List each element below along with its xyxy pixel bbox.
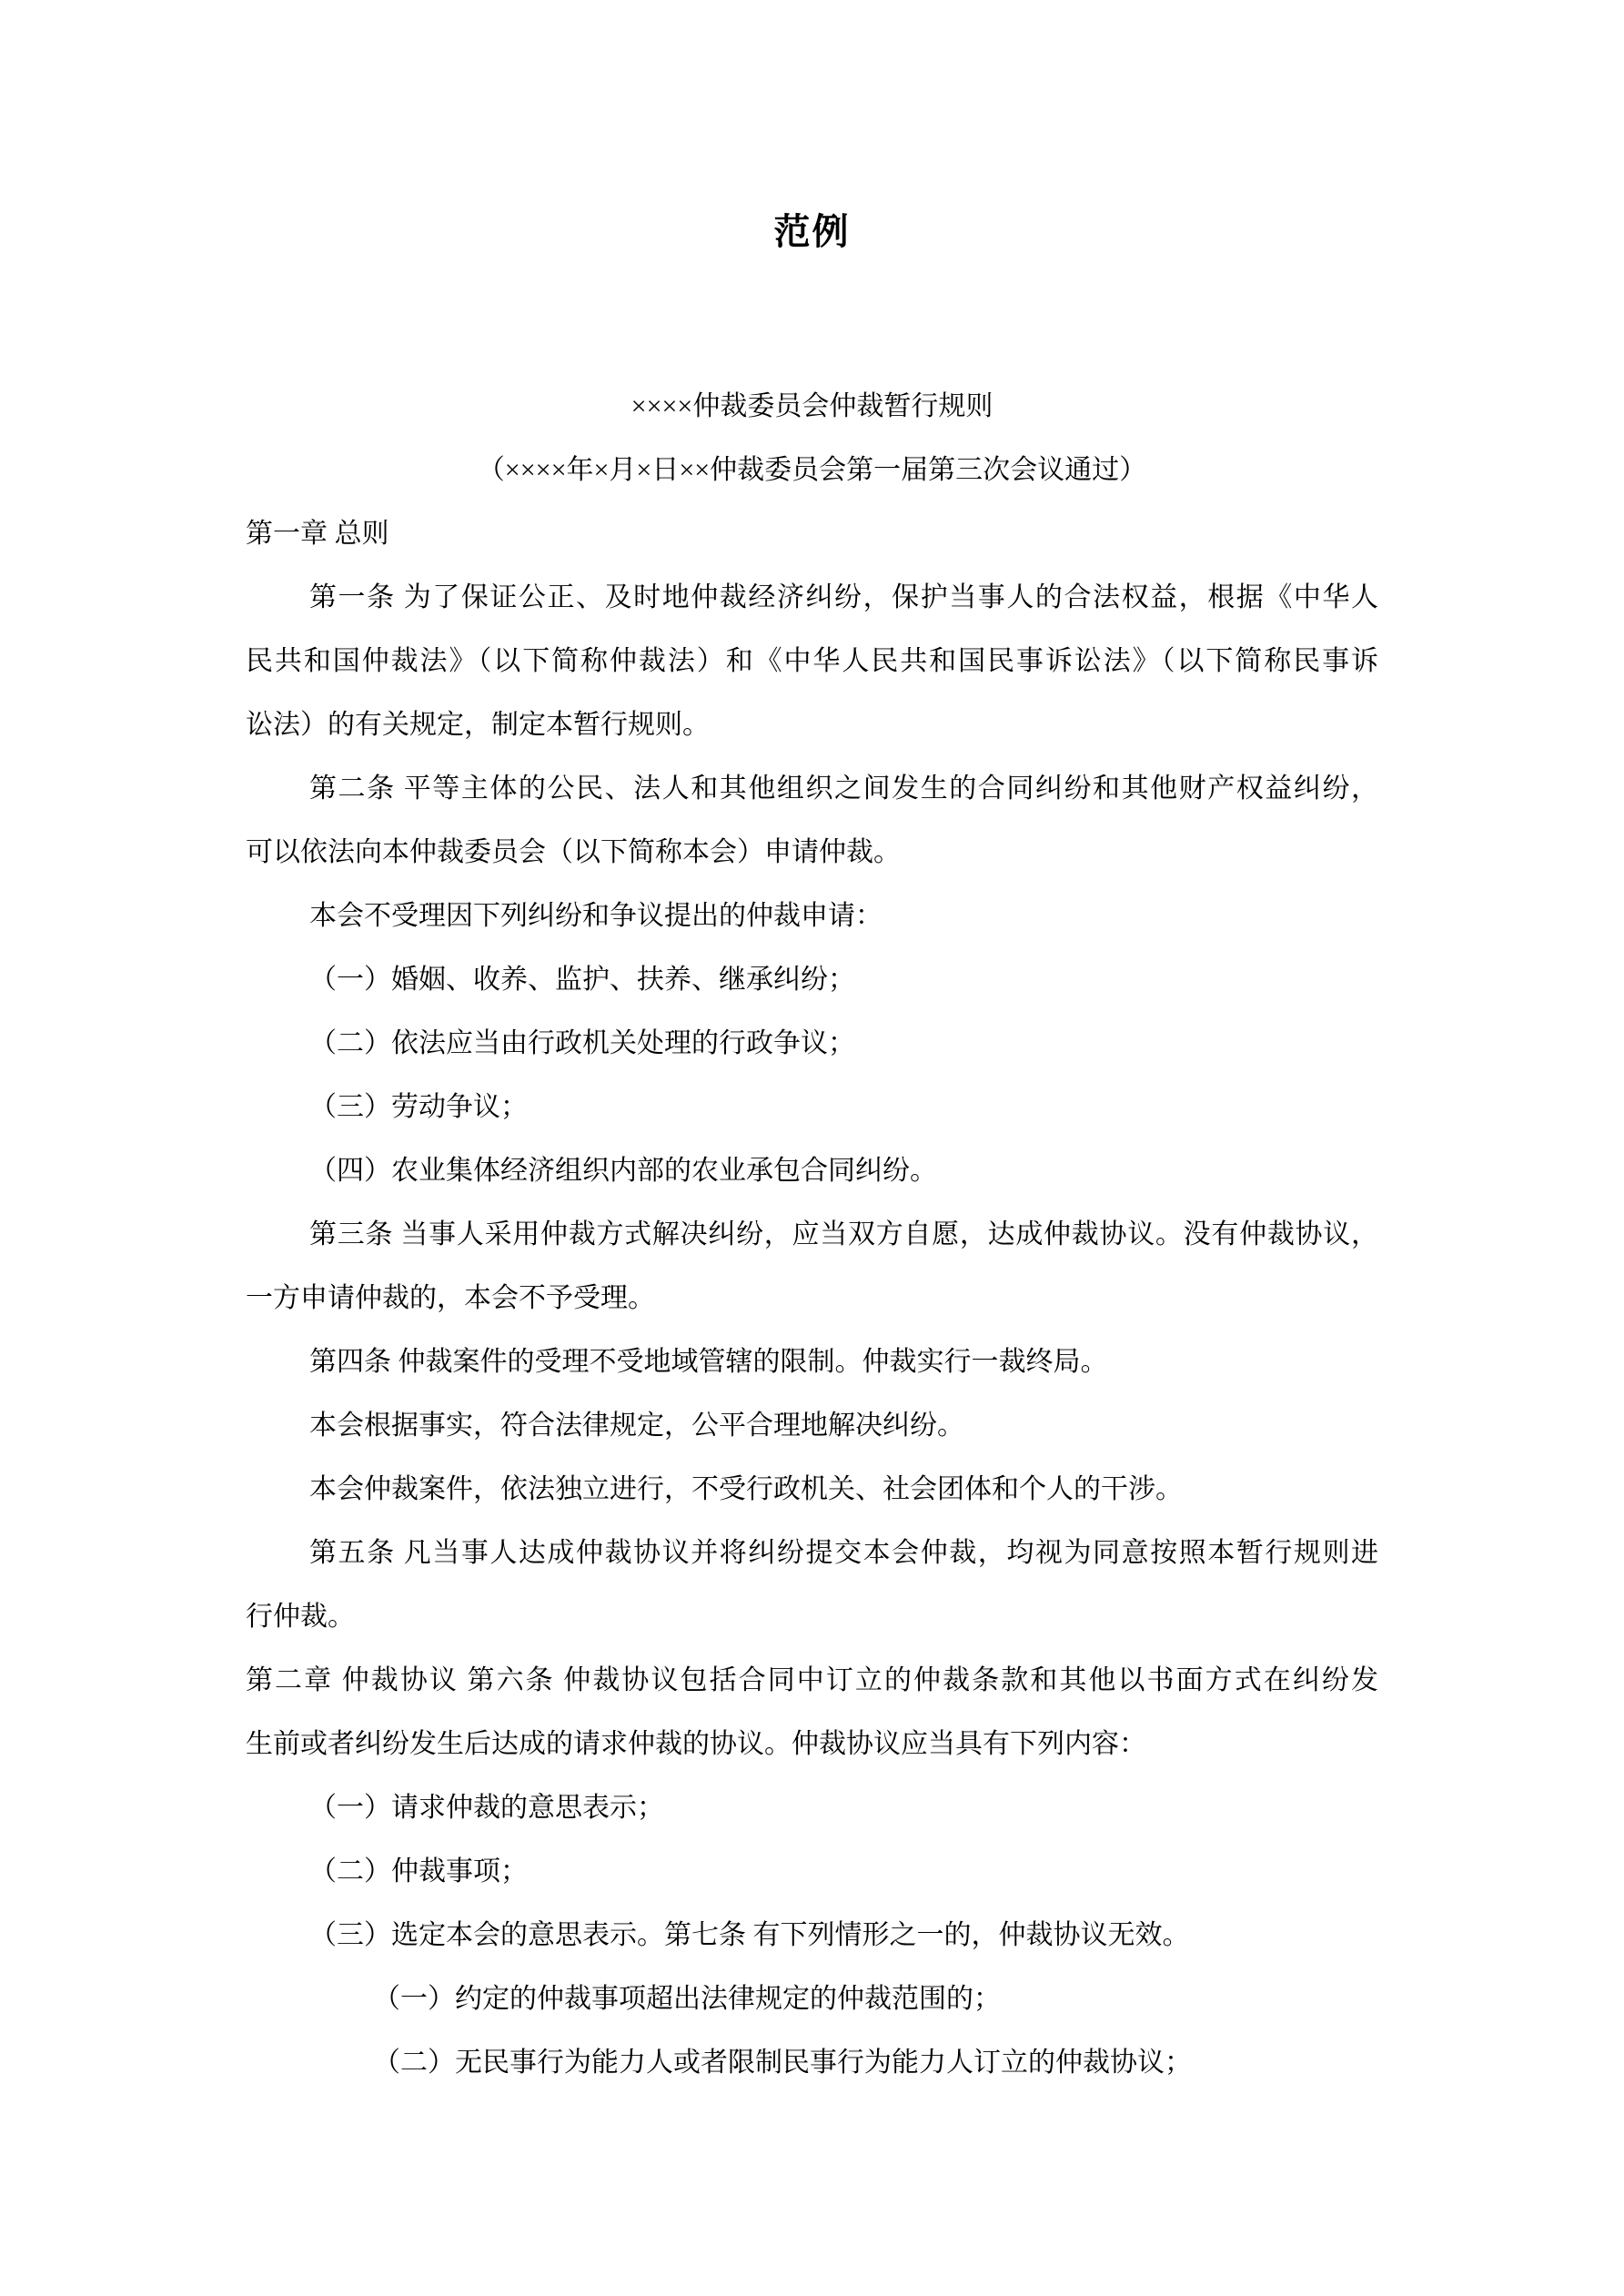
document-body: ××××仲裁委员会仲裁暂行规则 （××××年×月×日××仲裁委员会第一届第三次会… [246,375,1378,2095]
document-title: ××××仲裁委员会仲裁暂行规则 [246,375,1378,439]
doc-line: 第三条 当事人采用仲裁方式解决纠纷，应当双方自愿，达成仲裁协议。没有仲裁协议， [246,1203,1378,1267]
doc-line: 第二条 平等主体的公民、法人和其他组织之间发生的合同纠纷和其他财产权益纠纷， [246,757,1378,821]
chapter-1-heading: 第一章 总则 [246,502,1378,566]
doc-line: 一方申请仲裁的，本会不予受理。 [246,1267,1378,1330]
chapter-2-heading: 第二章 仲裁协议 第六条 仲裁协议包括合同中订立的仲裁条款和其他以书面方式在纠纷… [246,1649,1378,1713]
doc-line: （一）婚姻、收养、监护、扶养、继承纠纷； [246,948,1378,1012]
doc-line: 第五条 凡当事人达成仲裁协议并将纠纷提交本会仲裁，均视为同意按照本暂行规则进 [246,1522,1378,1585]
page-title: 范例 [246,214,1378,250]
doc-line: 讼法）的有关规定，制定本暂行规则。 [246,693,1378,757]
doc-line: （一）请求仲裁的意思表示； [246,1776,1378,1840]
doc-line: 本会不受理因下列纠纷和争议提出的仲裁申请： [246,885,1378,948]
doc-line: 行仲裁。 [246,1585,1378,1649]
document-page: 范例 ××××仲裁委员会仲裁暂行规则 （××××年×月×日××仲裁委员会第一届第… [0,0,1624,2296]
doc-line: （四）农业集体经济组织内部的农业承包合同纠纷。 [246,1139,1378,1203]
doc-line: 可以依法向本仲裁委员会（以下简称本会）申请仲裁。 [246,821,1378,885]
doc-line: （一）约定的仲裁事项超出法律规定的仲裁范围的； [246,1967,1378,2031]
doc-line: （二）无民事行为能力人或者限制民事行为能力人订立的仲裁协议； [246,2031,1378,2095]
doc-line: 民共和国仲裁法》（以下简称仲裁法）和《中华人民共和国民事诉讼法》（以下简称民事诉 [246,630,1378,693]
doc-line: 第四条 仲裁案件的受理不受地域管辖的限制。仲裁实行一裁终局。 [246,1330,1378,1394]
doc-line: （二）仲裁事项； [246,1840,1378,1904]
doc-line: 本会仲裁案件，依法独立进行，不受行政机关、社会团体和个人的干涉。 [246,1458,1378,1522]
doc-line: 生前或者纠纷发生后达成的请求仲裁的协议。仲裁协议应当具有下列内容： [246,1713,1378,1776]
doc-line: （三）劳动争议； [246,1076,1378,1139]
document-subtitle: （××××年×月×日××仲裁委员会第一届第三次会议通过） [246,439,1378,502]
doc-line: （三）选定本会的意思表示。第七条 有下列情形之一的，仲裁协议无效。 [246,1904,1378,1967]
doc-line: 第一条 为了保证公正、及时地仲裁经济纠纷，保护当事人的合法权益，根据《中华人 [246,566,1378,630]
doc-line: （二）依法应当由行政机关处理的行政争议； [246,1012,1378,1076]
doc-line: 本会根据事实，符合法律规定，公平合理地解决纠纷。 [246,1394,1378,1458]
